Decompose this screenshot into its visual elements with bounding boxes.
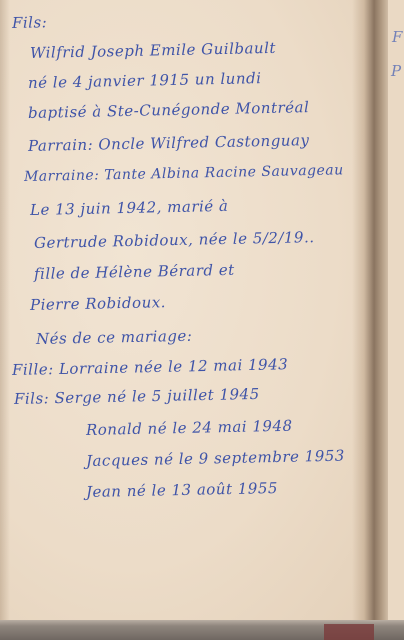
scanned-book-spread: Fils: Wilfrid Joseph Emile Guilbault né … — [0, 0, 404, 640]
right-page-fragment: F — [392, 28, 402, 46]
heading-fils: Fils: — [12, 13, 48, 32]
book-gutter — [352, 0, 392, 620]
page-edge-shadow — [0, 0, 10, 620]
right-page — [388, 0, 404, 620]
line-children-heading: Nés de ce mariage: — [36, 327, 193, 348]
cover-edge — [324, 624, 374, 640]
line-spouse-father: Pierre Robidoux. — [30, 293, 166, 314]
right-page-fragment: P — [391, 62, 401, 80]
book-bottom-edge — [0, 620, 404, 640]
